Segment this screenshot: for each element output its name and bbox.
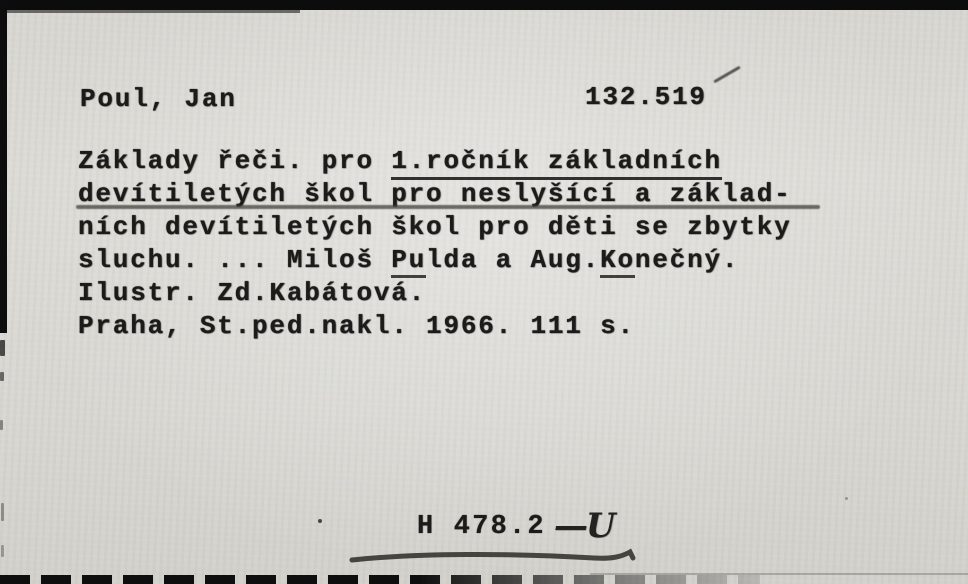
illustrator-line: Ilustr. Zd.Kabátová.	[78, 278, 426, 308]
scan-edge-bottom-perforation	[0, 575, 760, 584]
title-line-1: Základy řeči. pro 1.ročník základních	[78, 146, 722, 176]
title-line-4: sluchu. ... Miloš Pulda a Aug.Konečný.	[78, 245, 739, 275]
shelf-mark-typed: H 478.2	[417, 512, 546, 542]
ink-speck	[318, 519, 322, 523]
scan-edge-mark	[0, 340, 5, 356]
scan-edge-mark	[0, 372, 4, 381]
scan-edge-top-shadow	[0, 10, 300, 13]
scan-edge-mark	[1, 503, 4, 521]
title-line-1-underlined: 1.ročník základních	[391, 146, 722, 180]
title-line-4-plain: nečný.	[635, 245, 739, 275]
pencil-underline-line-2	[76, 205, 820, 209]
title-line-1-plain: Základy řeči. pro	[78, 146, 391, 176]
author-konecny-underline: Ko	[600, 245, 635, 278]
shelf-mark-handwritten: —U	[554, 506, 614, 546]
scan-edge-left	[0, 0, 7, 333]
ink-speck	[845, 497, 848, 500]
title-line-3: ních devítiletých škol pro děti se zbytk…	[78, 212, 792, 242]
pen-scribble-mark	[713, 66, 740, 84]
imprint-line: Praha, St.ped.nakl. 1966. 111 s.	[78, 311, 635, 341]
catalog-card-scan: Poul, Jan 132.519 Základy řeči. pro 1.ro…	[0, 0, 968, 584]
title-line-4-plain: sluchu. ... Miloš	[78, 245, 391, 275]
author-pulda-underline: Pu	[391, 245, 426, 278]
title-line-4-plain: lda a Aug.	[426, 245, 600, 275]
card-author: Poul, Jan	[80, 84, 237, 114]
scan-edge-bottom-faint-line	[590, 573, 968, 575]
card-call-number: 132.519	[585, 82, 707, 112]
handwritten-underline	[349, 546, 645, 568]
shelf-mark: H 478.2 —U	[417, 512, 613, 546]
scan-edge-mark	[1, 545, 4, 557]
scan-edge-top	[0, 0, 968, 10]
scan-edge-mark	[0, 420, 3, 430]
